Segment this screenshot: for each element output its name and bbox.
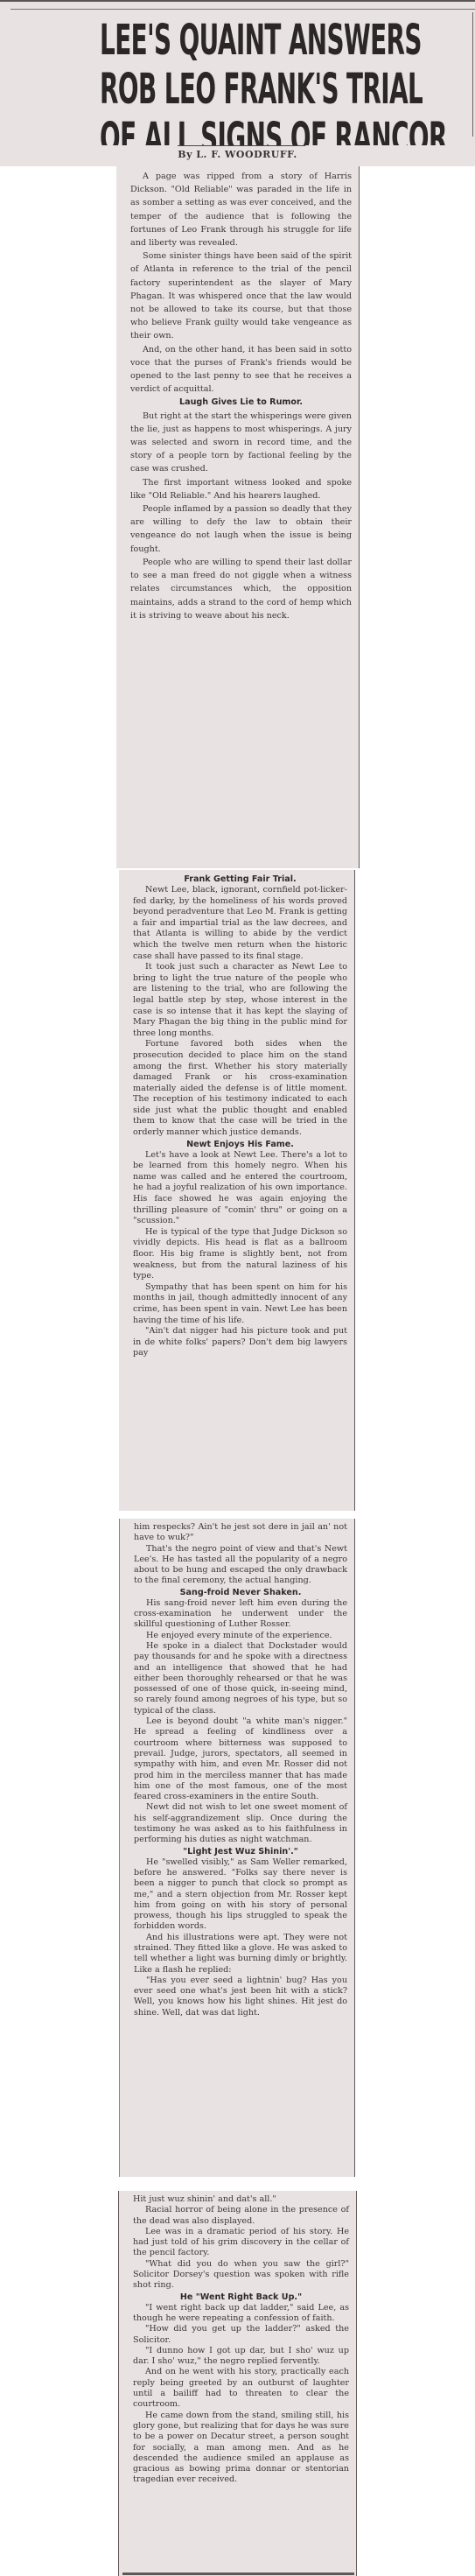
paragraph: "Has you ever seed a lightnin' bug? Has … <box>134 1976 347 2018</box>
paragraph: He is typical of the type that Judge Dic… <box>133 1227 347 1282</box>
paragraph: He "swelled visibly," as Sam Weller rema… <box>134 1857 347 1933</box>
subhead: "Light Jest Wuz Shinin'." <box>134 1846 347 1857</box>
paragraph-continuation: him respecks? Ain't he jest sot dere in … <box>134 1522 347 1544</box>
paragraph: And, on the other hand, it has been said… <box>130 343 352 397</box>
paragraph: Lee was in a dramatic period of his stor… <box>133 2227 349 2259</box>
headline-line-2: ROB LEO FRANK'S TRIAL <box>100 65 375 114</box>
article-clip-2: Frank Getting Fair Trial. Newt Lee, blac… <box>119 870 355 1511</box>
paragraph: And his illustrations were apt. They wer… <box>134 1933 347 1976</box>
paragraph: Let's have a look at Newt Lee. There's a… <box>133 1150 347 1227</box>
column-rule <box>472 12 473 137</box>
paragraph: His sang-froid never left him even durin… <box>134 1598 347 1631</box>
article-clip-3: him respecks? Ain't he jest sot dere in … <box>119 1519 355 2177</box>
headline-rule <box>10 9 475 10</box>
paragraph: "I went right back up dat ladder," said … <box>133 2303 349 2325</box>
paragraph: Newt Lee, black, ignorant, cornfield pot… <box>133 885 347 962</box>
byline-rule <box>178 145 305 146</box>
paragraph: He enjoyed every minute of the experienc… <box>134 1631 347 1641</box>
paragraph: But right at the start the whisperings w… <box>130 410 352 476</box>
paragraph: Lee is beyond doubt "a white man's nigge… <box>134 1716 347 1802</box>
paragraph: People inflamed by a passion so deadly t… <box>130 502 352 556</box>
headline-line-1: LEE'S QUAINT ANSWERS <box>100 16 375 65</box>
paragraph: "I dunno how I got up dar, but I sho' wu… <box>133 2346 349 2368</box>
paragraph: He spoke in a dialect that Dockstader wo… <box>134 1641 347 1716</box>
paragraph: Newt did not wish to let one sweet momen… <box>134 1802 347 1845</box>
article-clip-4: Hit just wuz shinin' and dat's all." Rac… <box>118 2191 357 2576</box>
paragraph: People who are willing to spend their la… <box>130 556 352 622</box>
article-clip-1: A page was ripped from a story of Harris… <box>116 166 360 868</box>
subhead: He "Went Right Back Up." <box>133 2292 349 2303</box>
paragraph: "What did you do when you saw the girl?"… <box>133 2259 349 2292</box>
paragraph: Racial horror of being alone in the pres… <box>133 2205 349 2227</box>
paragraph: "Ain't dat nigger had his picture took a… <box>133 1326 347 1359</box>
paragraph: That's the negro point of view and that'… <box>134 1544 347 1587</box>
paragraph: A page was ripped from a story of Harris… <box>130 170 352 249</box>
bottom-rule <box>122 2572 354 2575</box>
paragraph: Sympathy that has been spent on him for … <box>133 1282 347 1326</box>
paragraph: "How did you get up the ladder?" asked t… <box>133 2324 349 2346</box>
paragraph: Some sinister things have been said of t… <box>130 249 352 342</box>
byline-block: By L. F. WOODRUFF. <box>0 145 475 166</box>
subhead: Sang-froid Never Shaken. <box>134 1587 347 1598</box>
subhead: Newt Enjoys His Fame. <box>133 1139 347 1150</box>
paragraph: The first important witness looked and s… <box>130 476 352 502</box>
subhead: Laugh Gives Lie to Rumor. <box>130 396 352 409</box>
paragraph: And on he went with his story, practical… <box>133 2367 349 2410</box>
paragraph: Fortune favored both sides when the pros… <box>133 1039 347 1138</box>
paragraph: It took just such a character as Newt Le… <box>133 962 347 1039</box>
subhead: Frank Getting Fair Trial. <box>133 874 347 885</box>
paragraph-continuation: Hit just wuz shinin' and dat's all." <box>133 2194 349 2205</box>
headline-block: LEE'S QUAINT ANSWERS ROB LEO FRANK'S TRI… <box>0 0 475 145</box>
byline: By L. F. WOODRUFF. <box>0 149 475 160</box>
paragraph: He came down from the stand, smiling sti… <box>133 2411 349 2486</box>
